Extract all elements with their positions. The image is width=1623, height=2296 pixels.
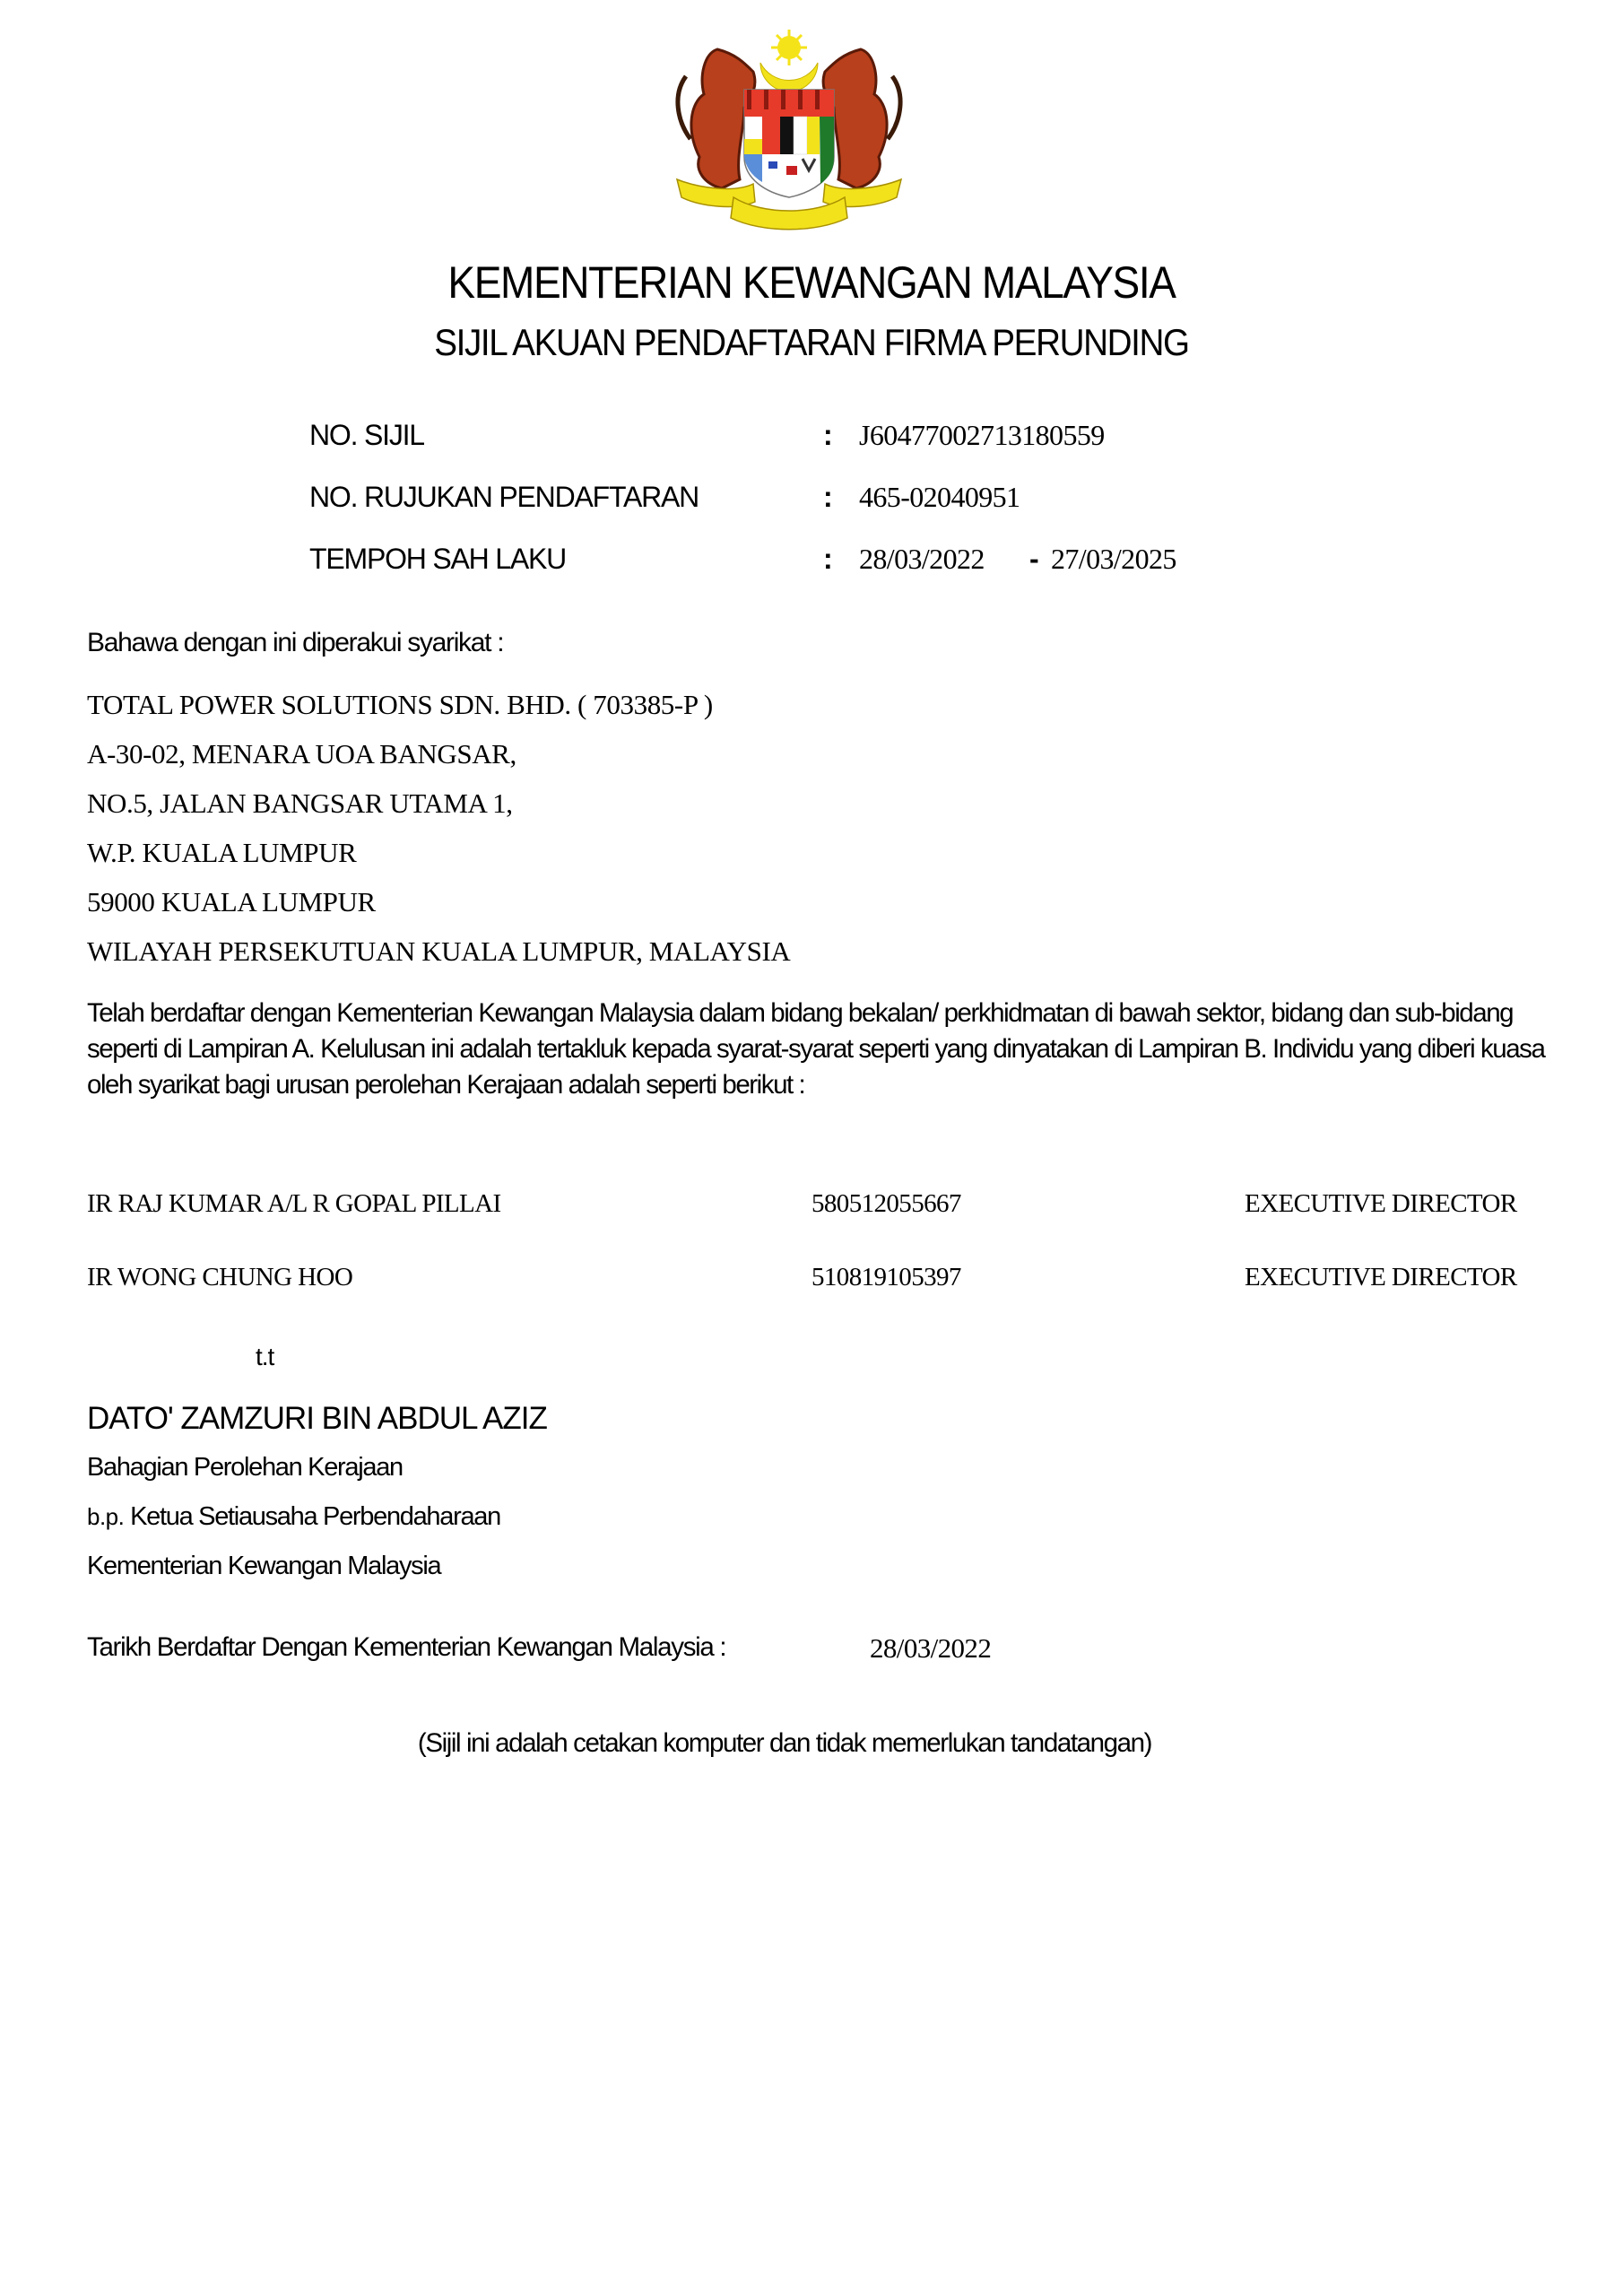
person-name: IR WONG CHUNG HOO bbox=[87, 1263, 352, 1292]
date-range-separator: - bbox=[1029, 543, 1039, 576]
computer-generated-note: (Sijil ini adalah cetakan komputer dan t… bbox=[0, 1728, 1623, 1759]
colon: : bbox=[823, 543, 833, 576]
colon: : bbox=[823, 419, 833, 452]
signer-on-behalf: b.p. Ketua Setiausaha Perbendaharaan bbox=[87, 1502, 500, 1532]
signer-ministry: Kementerian Kewangan Malaysia bbox=[87, 1552, 440, 1581]
on-behalf-prefix: b.p. bbox=[87, 1503, 124, 1530]
registration-statement: Telah berdaftar dengan Kementerian Kewan… bbox=[87, 996, 1558, 1103]
certificate-number-value: J60477002713180559 bbox=[859, 419, 1105, 452]
on-behalf-title: Ketua Setiausaha Perbendaharaan bbox=[130, 1502, 500, 1531]
registration-reference-value: 465-02040951 bbox=[859, 481, 1020, 514]
person-ic-number: 510819105397 bbox=[811, 1263, 961, 1292]
certification-intro: Bahawa dengan ini diperakui syarikat : bbox=[87, 628, 503, 658]
certificate-title: SIJIL AKUAN PENDAFTARAN FIRMA PERUNDING bbox=[65, 321, 1558, 364]
validity-period-label: TEMPOH SAH LAKU bbox=[309, 543, 566, 576]
person-name: IR RAJ KUMAR A/L R GOPAL PILLAI bbox=[87, 1189, 501, 1219]
signer-name: DATO' ZAMZURI BIN ABDUL AZIZ bbox=[87, 1401, 547, 1437]
address-line: A-30-02, MENARA UOA BANGSAR, bbox=[87, 738, 516, 770]
registration-reference-label: NO. RUJUKAN PENDAFTARAN bbox=[309, 481, 699, 514]
malaysia-coat-of-arms-icon bbox=[655, 22, 924, 238]
registration-date-label: Tarikh Berdaftar Dengan Kementerian Kewa… bbox=[87, 1632, 725, 1663]
signer-division: Bahagian Perolehan Kerajaan bbox=[87, 1453, 403, 1483]
registration-date-value: 28/03/2022 bbox=[870, 1632, 991, 1665]
ministry-title: KEMENTERIAN KEWANGAN MALAYSIA bbox=[65, 257, 1558, 309]
certificate-number-label: NO. SIJIL bbox=[309, 419, 424, 452]
signed-marker: t.t bbox=[256, 1343, 273, 1371]
validity-start-date: 28/03/2022 bbox=[859, 543, 985, 576]
person-ic-number: 580512055667 bbox=[811, 1189, 961, 1219]
person-role: EXECUTIVE DIRECTOR bbox=[1245, 1263, 1517, 1292]
address-line: NO.5, JALAN BANGSAR UTAMA 1, bbox=[87, 787, 513, 820]
address-line: WILAYAH PERSEKUTUAN KUALA LUMPUR, MALAYS… bbox=[87, 935, 790, 968]
colon: : bbox=[823, 481, 833, 514]
person-role: EXECUTIVE DIRECTOR bbox=[1245, 1189, 1517, 1219]
validity-end-date: 27/03/2025 bbox=[1051, 543, 1176, 576]
address-line: 59000 KUALA LUMPUR bbox=[87, 886, 376, 918]
address-line: W.P. KUALA LUMPUR bbox=[87, 837, 356, 869]
company-name: TOTAL POWER SOLUTIONS SDN. BHD. ( 703385… bbox=[87, 689, 713, 721]
